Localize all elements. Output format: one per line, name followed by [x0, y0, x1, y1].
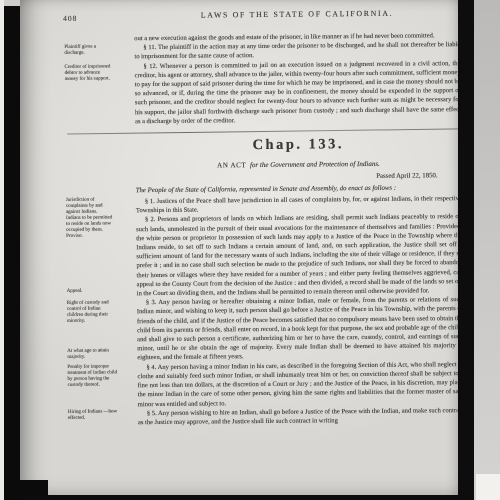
- scanner-corner-patch: [476, 474, 500, 500]
- enacting-clause: The People of the State of California, r…: [136, 184, 462, 194]
- chapter-heading: Chap. 133.: [135, 135, 461, 155]
- scanner-edge-right: [474, 0, 500, 500]
- page-content: 408 LAWS OF THE STATE OF CALIFORNIA. out…: [62, 8, 464, 428]
- page-body: out a new execution against the goods an…: [62, 31, 464, 428]
- section-3-text: § 3. Any person having or hereafter obta…: [137, 295, 464, 363]
- running-header: LAWS OF THE STATE OF CALIFORNIA.: [134, 8, 460, 20]
- passed-date: Passed April 22, 1850.: [136, 172, 438, 182]
- section-2-row: Indians to be permitted to reside on lan…: [64, 213, 463, 300]
- margin-note-sec2: Indians to be permitted to reside on lan…: [66, 216, 116, 240]
- margin-note-sec12: Creditor of imprisoned debtor to advance…: [65, 64, 115, 82]
- section-3-row: Right of custody and control of Indian c…: [65, 295, 464, 363]
- act-title: AN ACT for the Government and Protection…: [135, 159, 461, 170]
- section-12-row: Creditor of imprisoned debtor to advance…: [62, 59, 461, 127]
- margin-note-sec5: Hiring of Indians —how effected.: [68, 409, 118, 421]
- bottom-edge-shadow: [20, 495, 474, 500]
- section-12-text: § 12. Whenever a person is committed to …: [134, 59, 461, 127]
- margin-note-appeal: Appeal.: [67, 289, 117, 295]
- section-4-row: Penalty for improper treatment of Indian…: [65, 360, 463, 410]
- section-5-text: § 5. Any person wishing to hire an India…: [138, 406, 464, 428]
- page-number: 408: [63, 14, 77, 23]
- page-header: 408 LAWS OF THE STATE OF CALIFORNIA.: [62, 8, 460, 25]
- book-gutter-shadow: [4, 6, 20, 500]
- book-edge-shadow: [458, 0, 474, 500]
- margin-note-majority: At what age to attain majority.: [67, 349, 117, 361]
- section-4-text: § 4. Any person having a minor Indian in…: [137, 360, 463, 409]
- section-5-row: Hiring of Indians —how effected. § 5. An…: [66, 406, 464, 428]
- margin-note-sec4: Penalty for improper treatment of Indian…: [67, 364, 117, 388]
- section-2-text: § 2. Persons and proprietors of lands on…: [136, 213, 463, 299]
- margin-note-sec11: Plaintiff gives a discharge.: [64, 45, 114, 57]
- margin-note-sec1: Jurisdiction of complaints by and agains…: [66, 197, 116, 215]
- margin-note-sec3: Right of custody and control of Indian c…: [67, 301, 117, 325]
- page: 408 LAWS OF THE STATE OF CALIFORNIA. out…: [20, 0, 458, 500]
- act-title-prefix: AN ACT: [217, 161, 246, 169]
- act-title-rest: for the Government and Protection of Ind…: [250, 160, 380, 169]
- divider-rule: [67, 128, 459, 134]
